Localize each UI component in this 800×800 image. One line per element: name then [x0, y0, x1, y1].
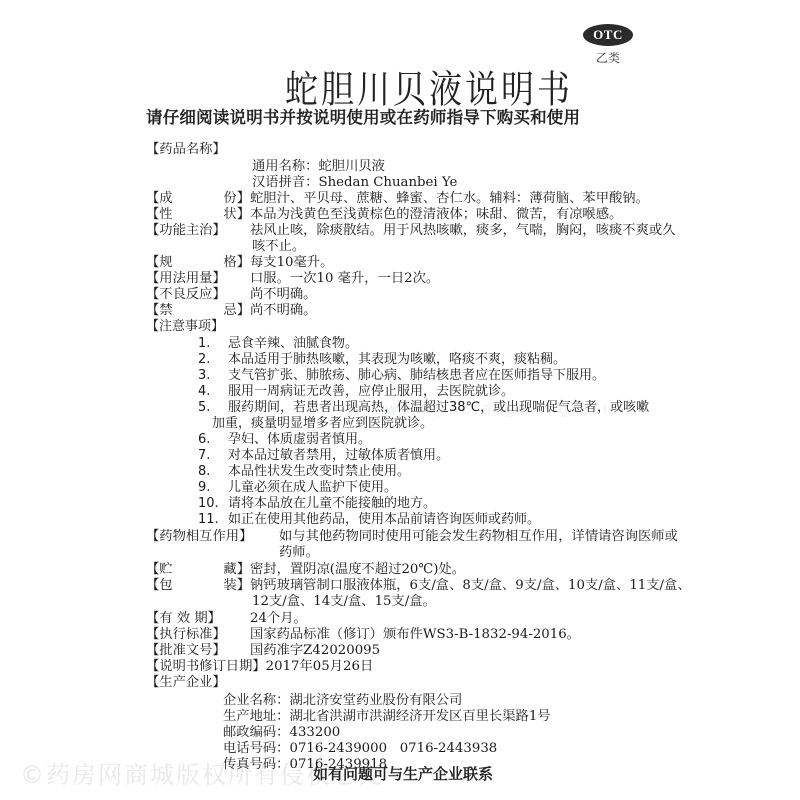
manufacturer-postcode: 邮政编码：433200	[223, 725, 340, 741]
specification-label: 【规格】	[146, 255, 250, 271]
properties-label: 【性状】	[146, 207, 250, 223]
interactions-label: 【药物相互作用】	[146, 529, 279, 545]
precaution-item: 10.请将本品放在儿童不能接触的地方。	[198, 496, 436, 512]
indications-value: 祛风止咳，除痰散结。用于风热咳嗽，痰多，气喘，胸闷，咳痰不爽或久	[250, 223, 676, 238]
specification-value: 每支10毫升。	[250, 255, 333, 270]
specification-row: 【规格】每支10毫升。	[146, 255, 333, 271]
precaution-item: 5.服药期间，若患者出现高热，体温超过38℃，或出现喘促气急者，或咳嗽	[198, 400, 649, 416]
interactions-row: 【药物相互作用】如与其他药物同时使用可能会发生药物相互作用，详情请咨询医师或	[146, 529, 678, 545]
standard-value: 国家药品标准（修订）颁布件WS3-B-1832-94-2016。	[250, 627, 580, 642]
dosage-row: 【用法用量】口服。一次10 毫升，一日2次。	[146, 271, 439, 287]
generic-name: 通用名称：蛇胆川贝液	[252, 159, 385, 175]
precaution-item: 3.支气管扩张、肺脓疡、肺心病、肺结核患者应在医师指导下服用。	[198, 368, 605, 384]
interactions-value-cont: 药师。	[279, 545, 319, 561]
precaution-item: 11.如正在使用其他药品，使用本品前请咨询医师或药师。	[198, 512, 540, 528]
approval-label: 【批准文号】	[146, 643, 250, 659]
precaution-item: 7.对本品过敏者禁用，过敏体质者慎用。	[198, 448, 449, 464]
validity-label: 【有 效 期】	[146, 611, 250, 627]
drug-name-label: 【药品名称】	[146, 142, 226, 158]
precaution-item: 1.忌食辛辣、油腻食物。	[198, 336, 358, 352]
properties-value: 本品为浅黄色至浅黄棕色的澄清液体；味甜、微苦，有凉喉感。	[250, 207, 622, 222]
storage-row: 【贮藏】密封，置阴凉(温度不超过20℃)处。	[146, 562, 465, 578]
contraindications-value: 尚不明确。	[250, 303, 316, 318]
contraindications-row: 【禁忌】尚不明确。	[146, 303, 316, 319]
precaution-item: 8.本品性状发生改变时禁止使用。	[198, 464, 410, 480]
precaution-item-cont: 加重，痰量明显增多者应到医院就诊。	[212, 416, 433, 432]
adverse-label: 【不良反应】	[146, 287, 250, 303]
adverse-value: 尚不明确。	[250, 287, 316, 302]
revision-label: 【说明书修订日期】	[146, 659, 266, 674]
indications-row: 【功能主治】祛风止咳，除痰散结。用于风热咳嗽，痰多，气喘，胸闷，咳痰不爽或久	[146, 223, 676, 239]
otc-class-label: 乙类	[596, 49, 620, 66]
ingredients-label: 【成份】	[146, 191, 250, 207]
manufacturer-phone: 电话号码：0716-2439000 0716-2443938	[223, 741, 497, 757]
dosage-value: 口服。一次10 毫升，一日2次。	[250, 271, 439, 286]
packaging-value-cont: 12支/盒、14支/盒、15支/盒。	[252, 594, 436, 610]
standard-row: 【执行标准】国家药品标准（修订）颁布件WS3-B-1832-94-2016。	[146, 627, 580, 643]
manufacturer-name: 企业名称：湖北济安堂药业股份有限公司	[223, 693, 462, 709]
indications-label: 【功能主治】	[146, 223, 250, 239]
precaution-item: 6.孕妇、体质虚弱者慎用。	[198, 432, 371, 448]
ingredients-row: 【成份】蛇胆汁、平贝母、蔗糖、蜂蜜、杏仁水。辅料：薄荷脑、苯甲酸钠。	[146, 191, 649, 207]
precaution-item: 2.本品适用于肺热咳嗽，其表现为咳嗽，咯痰不爽，痰粘稠。	[198, 352, 566, 368]
standard-label: 【执行标准】	[146, 627, 250, 643]
manufacturer-label: 【生产企业】	[146, 675, 226, 691]
ingredients-value: 蛇胆汁、平贝母、蔗糖、蜂蜜、杏仁水。辅料：薄荷脑、苯甲酸钠。	[250, 191, 649, 206]
properties-row: 【性状】本品为浅黄色至浅黄棕色的澄清液体；味甜、微苦，有凉喉感。	[146, 207, 622, 223]
document-subtitle: 请仔细阅读说明书并按说明使用或在药师指导下购买和使用	[146, 104, 580, 128]
storage-label: 【贮藏】	[146, 562, 250, 578]
contact-note: 如有问题可与生产企业联系	[313, 763, 493, 784]
interactions-value: 如与其他药物同时使用可能会发生药物相互作用，详情请咨询医师或	[279, 529, 678, 544]
packaging-value: 钠钙玻璃管制口服液体瓶，6支/盒、8支/盒、9支/盒、10支/盒、11支/盒、	[250, 578, 691, 593]
manufacturer-address: 生产地址：湖北省洪湖市洪湖经济开发区百里长渠路1号	[223, 709, 551, 725]
adverse-row: 【不良反应】尚不明确。	[146, 287, 316, 303]
dosage-label: 【用法用量】	[146, 271, 250, 287]
pinyin-name: 汉语拼音：Shedan Chuanbei Ye	[252, 175, 457, 191]
revision-row: 【说明书修订日期】2017年05月26日	[146, 659, 373, 675]
revision-value: 2017年05月26日	[266, 659, 374, 674]
validity-row: 【有 效 期】24个月。	[146, 611, 307, 627]
otc-badge: OTC	[583, 24, 633, 46]
precaution-item: 4.服用一周病证无改善，应停止服用，去医院就诊。	[198, 384, 514, 400]
precautions-label: 【注意事项】	[146, 319, 224, 335]
packaging-row: 【包装】钠钙玻璃管制口服液体瓶，6支/盒、8支/盒、9支/盒、10支/盒、11支…	[146, 578, 691, 594]
packaging-label: 【包装】	[146, 578, 250, 594]
contraindications-label: 【禁忌】	[146, 303, 250, 319]
validity-value: 24个月。	[250, 611, 307, 626]
storage-value: 密封，置阴凉(温度不超过20℃)处。	[250, 562, 465, 577]
approval-value: 国药准字Z42020095	[250, 643, 380, 658]
precaution-item: 9.儿童必须在成人监护下使用。	[198, 480, 397, 496]
indications-value-cont: 咳不止。	[252, 239, 305, 255]
approval-row: 【批准文号】国药准字Z42020095	[146, 643, 380, 659]
